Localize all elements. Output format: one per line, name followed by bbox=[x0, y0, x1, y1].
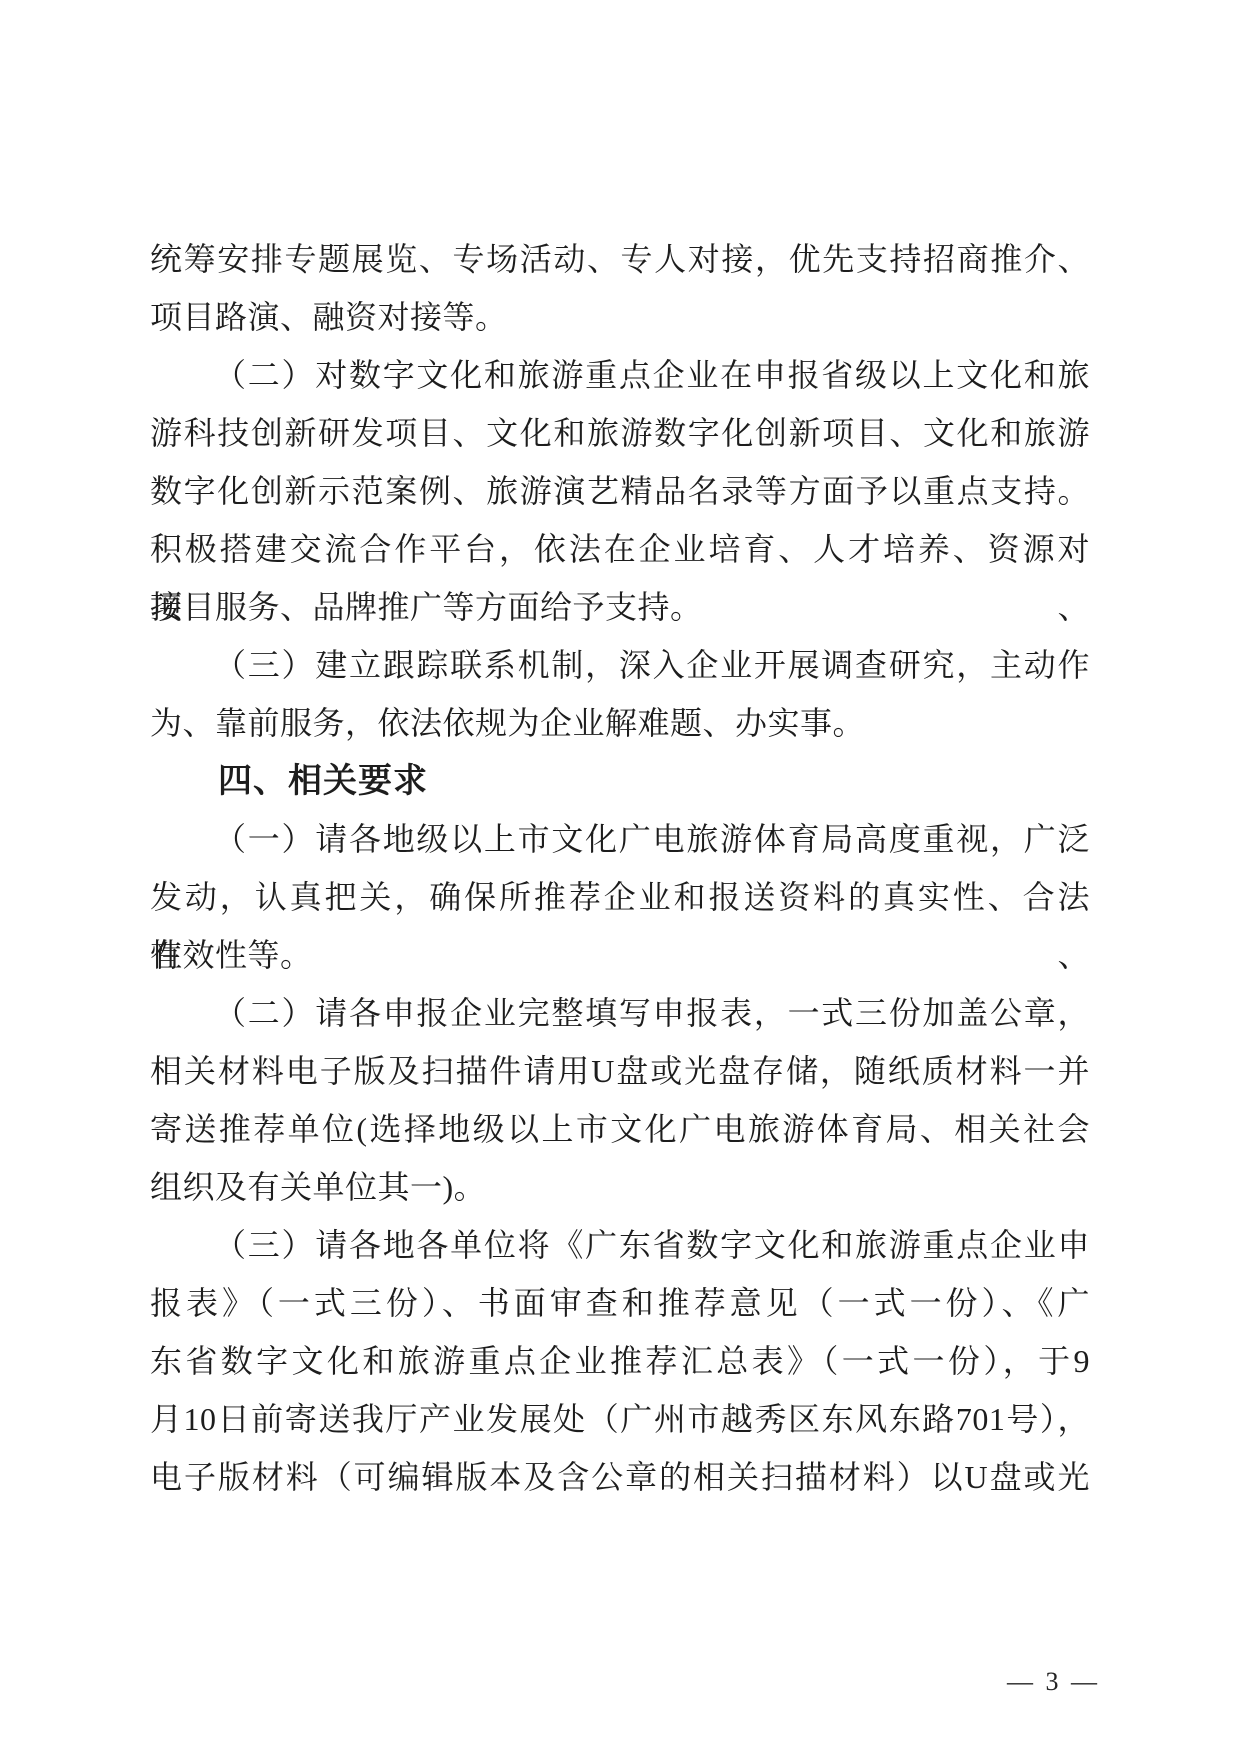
text-line-22: 电子版材料（可编辑版本及含公章的相关扫描材料）以U盘或光 bbox=[150, 1448, 1090, 1506]
document-body: 统筹安排专题展览、专场活动、专人对接，优先支持招商推介、项目路演、融资对接等。（… bbox=[150, 230, 1090, 1506]
text-line-20: 东省数字文化和旅游重点企业推荐汇总表》（一式一份），于9 bbox=[150, 1332, 1090, 1390]
text-line-3: （二）对数字文化和旅游重点企业在申报省级以上文化和旅 bbox=[150, 346, 1090, 404]
text-line-15: 相关材料电子版及扫描件请用U盘或光盘存储，随纸质材料一并 bbox=[150, 1042, 1090, 1100]
text-line-18: （三）请各地各单位将《广东省数字文化和旅游重点企业申 bbox=[150, 1216, 1090, 1274]
section-heading: 四、相关要求 bbox=[150, 752, 1090, 810]
text-line-16: 寄送推荐单位(选择地级以上市文化广电旅游体育局、相关社会 bbox=[150, 1100, 1090, 1158]
text-line-1: 统筹安排专题展览、专场活动、专人对接，优先支持招商推介、 bbox=[150, 230, 1090, 288]
text-line-11: （一）请各地级以上市文化广电旅游体育局高度重视，广泛 bbox=[150, 810, 1090, 868]
page-number: — 3 — bbox=[1007, 1660, 1100, 1704]
text-line-17: 组织及有关单位其一)。 bbox=[150, 1158, 1090, 1216]
document-page: 统筹安排专题展览、专场活动、专人对接，优先支持招商推介、项目路演、融资对接等。（… bbox=[0, 0, 1238, 1749]
text-line-8: （三）建立跟踪联系机制，深入企业开展调查研究，主动作 bbox=[150, 636, 1090, 694]
text-line-6: 积极搭建交流合作平台，依法在企业培育、人才培养、资源对接、 bbox=[150, 520, 1090, 578]
text-line-2: 项目路演、融资对接等。 bbox=[150, 288, 1090, 346]
text-line-19: 报表》（一式三份）、书面审查和推荐意见（一式一份）、《广 bbox=[150, 1274, 1090, 1332]
text-line-5: 数字化创新示范案例、旅游演艺精品名录等方面予以重点支持。 bbox=[150, 462, 1090, 520]
text-line-4: 游科技创新研发项目、文化和旅游数字化创新项目、文化和旅游 bbox=[150, 404, 1090, 462]
text-line-21: 月10日前寄送我厅产业发展处（广州市越秀区东风东路701号）， bbox=[150, 1390, 1090, 1448]
text-line-14: （二）请各申报企业完整填写申报表，一式三份加盖公章， bbox=[150, 984, 1090, 1042]
text-line-12: 发动，认真把关，确保所推荐企业和报送资料的真实性、合法性、 bbox=[150, 868, 1090, 926]
text-line-9: 为、靠前服务，依法依规为企业解难题、办实事。 bbox=[150, 694, 1090, 752]
